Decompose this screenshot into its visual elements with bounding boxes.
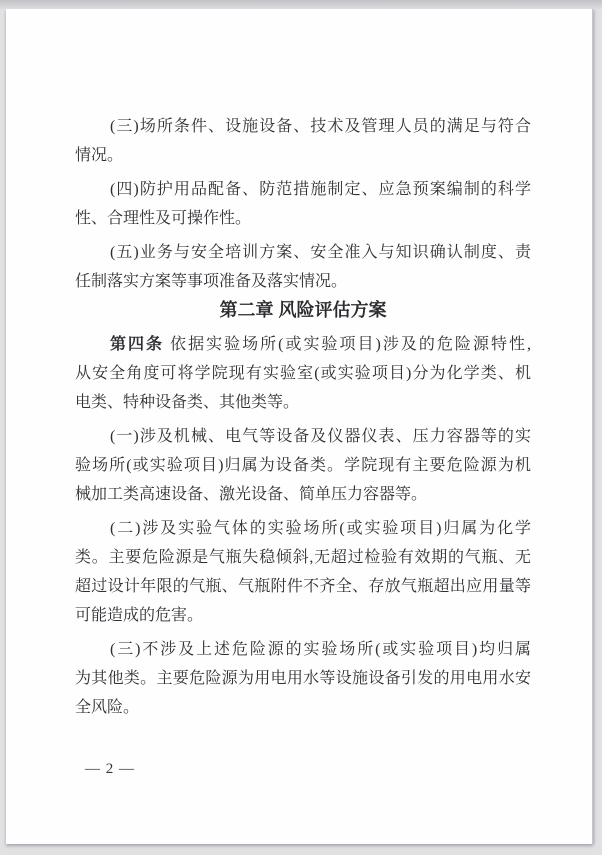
text-line: 械加工类高速设备、激光设备、简单压力容器等。 (75, 480, 531, 509)
chapter-heading: 第二章 风险评估方案 (75, 296, 531, 325)
page-number: — 2 — (85, 759, 135, 779)
text-line: (五)业务与安全培训方案、安全准入与知识确认制度、责 (75, 238, 531, 267)
bold-text-run: 第四条 (110, 336, 164, 353)
text-run: (四)防护用品配备、防范措施制定、应急预案编制的科学 (110, 181, 531, 198)
text-run: 超过设计年限的气瓶、气瓶附件不齐全、存放气瓶超出应用量等 (75, 578, 531, 595)
text-run: (五)业务与安全培训方案、安全准入与知识确认制度、责 (110, 244, 531, 261)
text-line: 为其他类。主要危险源为用电用水等设施设备引发的用电用水安 (75, 664, 531, 693)
text-run: (一)涉及机械、电气等设备及仪器仪表、压力容器等的实 (110, 428, 531, 445)
paragraph: 第四条 依据实验场所(或实验项目)涉及的危险源特性,从安全角度可将学院现有实验室… (75, 330, 531, 417)
text-line: (三)不涉及上述危险源的实验场所(或实验项目)均归属 (75, 635, 531, 664)
text-line: 第四条 依据实验场所(或实验项目)涉及的危险源特性, (75, 330, 531, 359)
text-line: 情况。 (75, 141, 531, 170)
text-run: 任制落实方案等事项准备及落实情况。 (75, 273, 347, 290)
text-run: 情况。 (75, 147, 123, 164)
paragraph: (二)涉及实验气体的实验场所(或实验项目)归属为化学类。主要危险源是气瓶失稳倾斜… (75, 514, 531, 630)
text-line: 可能造成的危害。 (75, 601, 531, 630)
text-run: 性、合理性及可操作性。 (75, 210, 251, 227)
bold-text-run: 第二章 风险评估方案 (219, 300, 386, 320)
paragraph: (五)业务与安全培训方案、安全准入与知识确认制度、责任制落实方案等事项准备及落实… (75, 238, 531, 296)
text-line: 从安全角度可将学院现有实验室(或实验项目)分为化学类、机 (75, 359, 531, 388)
scan-edge-top (0, 0, 602, 9)
text-run: 类。主要危险源是气瓶失稳倾斜,无超过检验有效期的气瓶、无 (75, 549, 531, 566)
text-line: 验场所(或实验项目)归属为设备类。学院现有主要危险源为机 (75, 451, 531, 480)
text-run: 为其他类。主要危险源为用电用水等设施设备引发的用电用水安 (75, 670, 531, 687)
text-line: 全风险。 (75, 693, 531, 722)
text-run: 全风险。 (75, 699, 139, 716)
text-line: 电类、特种设备类、其他类等。 (75, 388, 531, 417)
text-line: 超过设计年限的气瓶、气瓶附件不齐全、存放气瓶超出应用量等 (75, 572, 531, 601)
text-line: (四)防护用品配备、防范措施制定、应急预案编制的科学 (75, 175, 531, 204)
text-run: 械加工类高速设备、激光设备、简单压力容器等。 (75, 486, 427, 503)
text-run: 依据实验场所(或实验项目)涉及的危险源特性, (164, 336, 531, 353)
text-run: 可能造成的危害。 (75, 607, 203, 624)
text-line: (三)场所条件、设施设备、技术及管理人员的满足与符合 (75, 112, 531, 141)
text-line: 任制落实方案等事项准备及落实情况。 (75, 267, 531, 296)
text-run: 电类、特种设备类、其他类等。 (75, 394, 299, 411)
text-line: 第二章 风险评估方案 (75, 296, 531, 325)
text-line: (一)涉及机械、电气等设备及仪器仪表、压力容器等的实 (75, 422, 531, 451)
text-run: 验场所(或实验项目)归属为设备类。学院现有主要危险源为机 (75, 457, 531, 474)
text-line: (二)涉及实验气体的实验场所(或实验项目)归属为化学 (75, 514, 531, 543)
text-run: 从安全角度可将学院现有实验室(或实验项目)分为化学类、机 (75, 365, 531, 382)
text-line: 类。主要危险源是气瓶失稳倾斜,无超过检验有效期的气瓶、无 (75, 543, 531, 572)
document-page: (三)场所条件、设施设备、技术及管理人员的满足与符合情况。(四)防护用品配备、防… (6, 9, 593, 844)
paragraph: (一)涉及机械、电气等设备及仪器仪表、压力容器等的实验场所(或实验项目)归属为设… (75, 422, 531, 509)
document-body: (三)场所条件、设施设备、技术及管理人员的满足与符合情况。(四)防护用品配备、防… (75, 112, 531, 722)
paragraph: (三)不涉及上述危险源的实验场所(或实验项目)均归属为其他类。主要危险源为用电用… (75, 635, 531, 722)
text-run: (三)场所条件、设施设备、技术及管理人员的满足与符合 (110, 118, 531, 135)
text-run: (三)不涉及上述危险源的实验场所(或实验项目)均归属 (110, 641, 531, 658)
paragraph: (三)场所条件、设施设备、技术及管理人员的满足与符合情况。 (75, 112, 531, 170)
paragraph: (四)防护用品配备、防范措施制定、应急预案编制的科学性、合理性及可操作性。 (75, 175, 531, 233)
text-line: 性、合理性及可操作性。 (75, 204, 531, 233)
text-run: (二)涉及实验气体的实验场所(或实验项目)归属为化学 (110, 520, 531, 537)
